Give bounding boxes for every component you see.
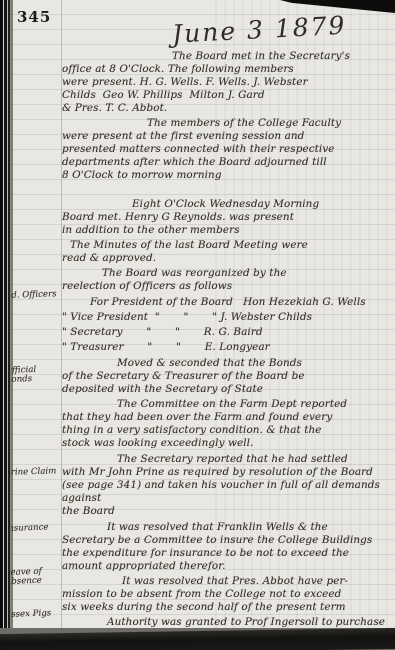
paragraph: The Board met in the Secretary'soffice a… bbox=[62, 50, 392, 115]
handwriting-line: presented matters connected with their r… bbox=[62, 143, 392, 156]
handwriting-line: amount appropriated therefor. bbox=[62, 560, 392, 573]
body-paragraphs: The Board met in the Secretary'soffice a… bbox=[62, 50, 392, 650]
ledger-page-scan: 345 June 3 1879 The Board met in the Sec… bbox=[0, 0, 395, 650]
handwriting-line: in addition to the other members bbox=[62, 224, 392, 237]
handwriting-line: that they had been over the Farm and fou… bbox=[62, 411, 392, 424]
handwriting-line: The Board was reorganized by the bbox=[102, 267, 392, 280]
handwriting-line: The Secretary reported that he had settl… bbox=[117, 453, 392, 466]
paragraph: The members of the College Facultywere p… bbox=[62, 117, 392, 182]
margin-note: Official Bonds bbox=[5, 365, 62, 385]
binding-edge bbox=[0, 0, 13, 650]
handwriting-line: It was resolved that Franklin Wells & th… bbox=[107, 521, 392, 534]
handwriting-line: & Pres. T. C. Abbot. bbox=[62, 102, 392, 115]
body-column: June 3 1879 The Board met in the Secreta… bbox=[62, 6, 392, 650]
handwriting-line: Moved & seconded that the Bonds bbox=[117, 357, 392, 370]
handwriting-line: The Committee on the Farm Dept reported bbox=[117, 398, 392, 411]
handwriting-line: 8 O'Clock to morrow morning bbox=[62, 169, 392, 182]
handwriting-line: For President of the Board Hon Hezekiah … bbox=[90, 295, 392, 310]
handwriting-line: reelection of Officers as follows bbox=[62, 280, 392, 293]
handwriting-line: It was resolved that Pres. Abbot have pe… bbox=[122, 575, 392, 588]
handwriting-line: Childs Geo W. Phillips Milton J. Gard bbox=[62, 89, 392, 102]
handwriting-line: mission to be absent from the College no… bbox=[62, 588, 392, 601]
handwriting-line: of the Secretary & Treasurer of the Boar… bbox=[62, 370, 392, 383]
page-number: 345 bbox=[17, 8, 51, 26]
handwriting-line: " Treasurer " " E. Longyear bbox=[62, 340, 392, 355]
margin-note: Leave of Absence bbox=[5, 567, 62, 587]
handwriting-line: six weeks during the second half of the … bbox=[62, 601, 392, 614]
handwriting-line: " Secretary " " R. G. Baird bbox=[62, 325, 392, 340]
handwriting-line: The members of the College Faculty bbox=[147, 117, 392, 130]
paragraph: The Secretary reported that he had settl… bbox=[62, 453, 392, 518]
handwriting-line: Secretary be a Committee to insure the C… bbox=[62, 534, 392, 547]
paragraph: It was resolved that Franklin Wells & th… bbox=[62, 521, 392, 573]
handwriting-line: office at 8 O'Clock. The following membe… bbox=[62, 63, 392, 76]
handwriting-line: were present. H. G. Wells. F. Wells. J. … bbox=[62, 76, 392, 89]
handwriting-line: with Mr John Prine as required by resolu… bbox=[62, 466, 392, 479]
handwriting-line: stock was looking exceedingly well. bbox=[62, 437, 392, 450]
handwriting-line: deposited with the Secretary of State bbox=[62, 383, 392, 396]
handwriting-line: The Minutes of the last Board Meeting we… bbox=[70, 239, 392, 252]
handwriting-line: Board met. Henry G Reynolds. was present bbox=[62, 211, 392, 224]
handwriting-line: The Board met in the Secretary's bbox=[172, 50, 392, 63]
paragraph: Eight O'Clock Wednesday MorningBoard met… bbox=[62, 198, 392, 237]
handwriting-line: read & approved. bbox=[62, 252, 392, 265]
handwriting-line: Eight O'Clock Wednesday Morning bbox=[132, 198, 392, 211]
handwriting-line: (see page 341) and taken his voucher in … bbox=[62, 479, 392, 505]
paragraph: It was resolved that Pres. Abbot have pe… bbox=[62, 575, 392, 614]
paragraph: For President of the Board Hon Hezekiah … bbox=[62, 295, 392, 355]
paragraph: The Committee on the Farm Dept reportedt… bbox=[62, 398, 392, 450]
date-heading: June 3 1879 bbox=[171, 6, 392, 51]
handwriting-line: thing in a very satisfactory condition. … bbox=[62, 424, 392, 437]
paragraph: The Minutes of the last Board Meeting we… bbox=[62, 239, 392, 265]
handwriting-line: the Board bbox=[62, 505, 392, 518]
handwriting-line: departments after which the Board adjour… bbox=[62, 156, 392, 169]
paragraph: The Board was reorganized by thereelecti… bbox=[62, 267, 392, 293]
paragraph: Moved & seconded that the Bondsof the Se… bbox=[62, 357, 392, 396]
handwriting-line: were present at the first evening sessio… bbox=[62, 130, 392, 143]
handwriting-line: " Vice President " " " J. Webster Childs bbox=[62, 310, 392, 325]
handwriting-line: the expenditure for insurance to be not … bbox=[62, 547, 392, 560]
